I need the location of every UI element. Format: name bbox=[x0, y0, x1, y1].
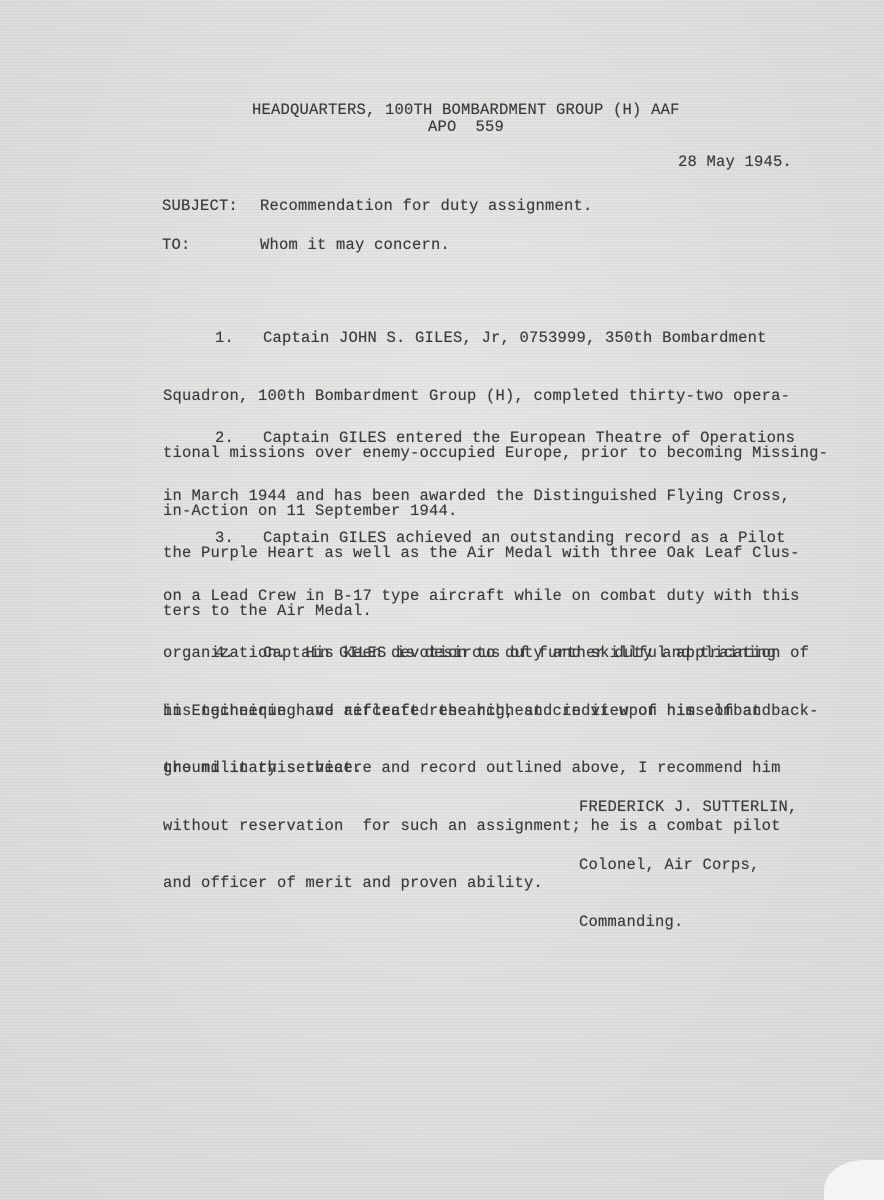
letterhead-title: HEADQUARTERS, 100TH BOMBARDMENT GROUP (H… bbox=[252, 101, 680, 119]
paragraph-line: in Engineering and aircraft research, an… bbox=[163, 701, 863, 723]
to-value: Whom it may concern. bbox=[260, 236, 450, 254]
paragraph-number: 4. bbox=[215, 643, 263, 665]
signature-rank: Colonel, Air Corps, bbox=[579, 855, 798, 877]
paragraph-line: 4.Captain GILES is desirous of further d… bbox=[163, 643, 863, 665]
paragraph-line: 3.Captain GILES achieved an outstanding … bbox=[163, 528, 863, 550]
subject-label: SUBJECT: bbox=[162, 197, 238, 215]
paragraph-number: 1. bbox=[215, 328, 263, 350]
signature-name: FREDERICK J. SUTTERLIN, bbox=[579, 797, 798, 819]
paragraph-line: 2.Captain GILES entered the European The… bbox=[163, 428, 863, 450]
paragraph-line: on a Lead Crew in B-17 type aircraft whi… bbox=[163, 586, 863, 608]
signature-title: Commanding. bbox=[579, 912, 798, 934]
subject-value: Recommendation for duty assignment. bbox=[260, 197, 593, 215]
to-label: TO: bbox=[162, 236, 191, 254]
paragraph-number: 3. bbox=[215, 528, 263, 550]
document-page: HEADQUARTERS, 100TH BOMBARDMENT GROUP (H… bbox=[0, 0, 884, 1200]
signature-block: FREDERICK J. SUTTERLIN, Colonel, Air Cor… bbox=[579, 761, 798, 970]
letter-date: 28 May 1945. bbox=[678, 153, 792, 171]
paragraph-line: 1.Captain JOHN S. GILES, Jr, 0753999, 35… bbox=[163, 328, 863, 350]
paragraph-number: 2. bbox=[215, 428, 263, 450]
page-corner-tear bbox=[824, 1160, 884, 1200]
letterhead-apo: APO 559 bbox=[428, 118, 504, 136]
